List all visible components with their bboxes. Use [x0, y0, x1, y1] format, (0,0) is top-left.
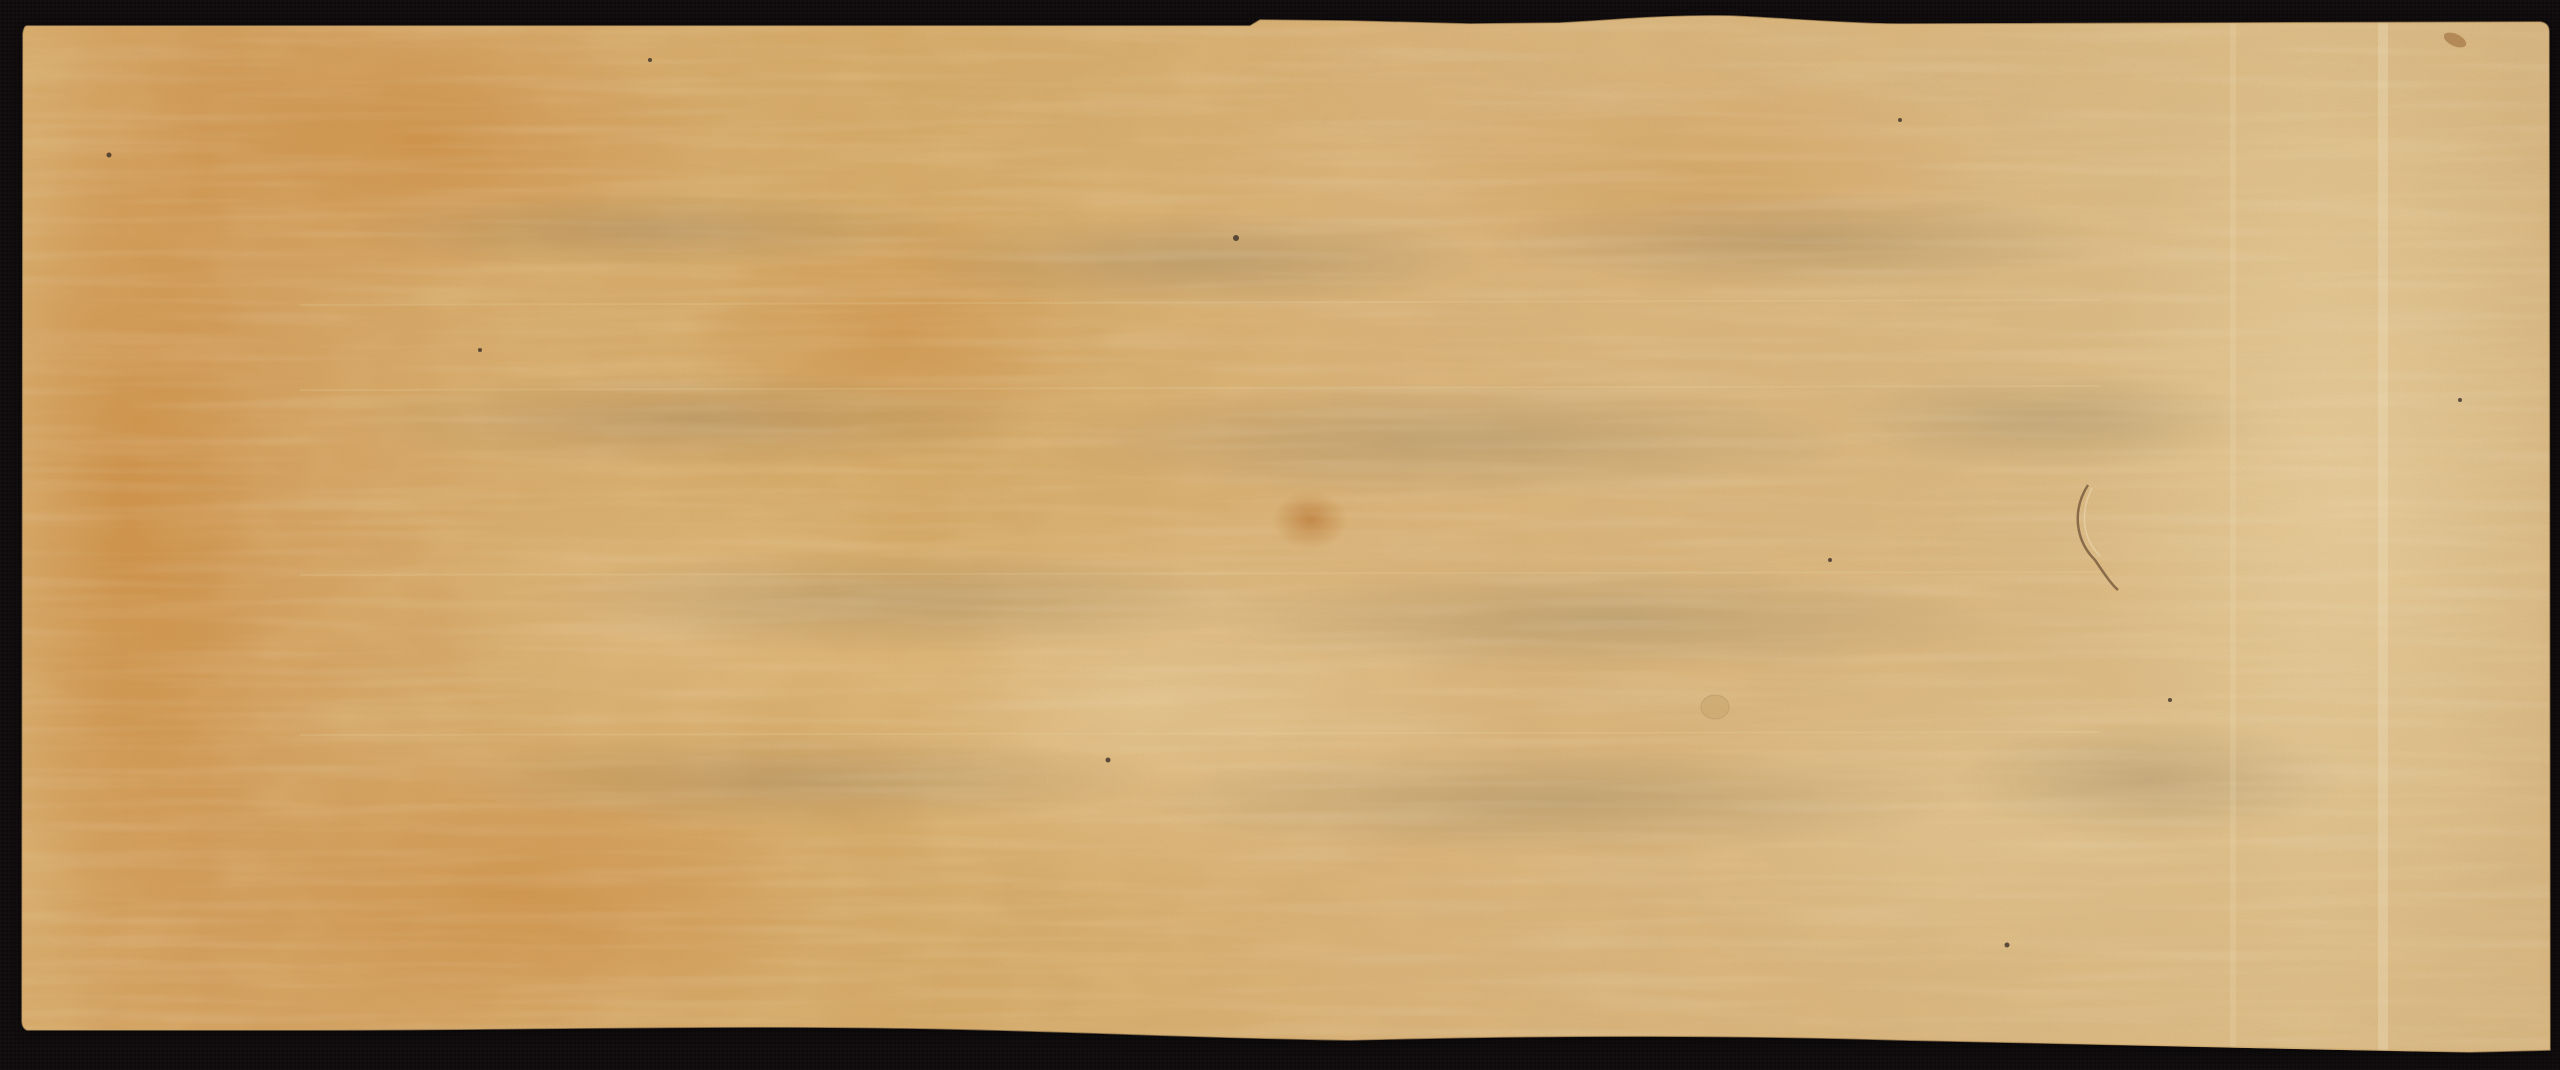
photo-scene: Blank reverse side of an aged paper docu… — [0, 0, 2560, 1070]
aged-paper-sheet — [0, 0, 2560, 1070]
